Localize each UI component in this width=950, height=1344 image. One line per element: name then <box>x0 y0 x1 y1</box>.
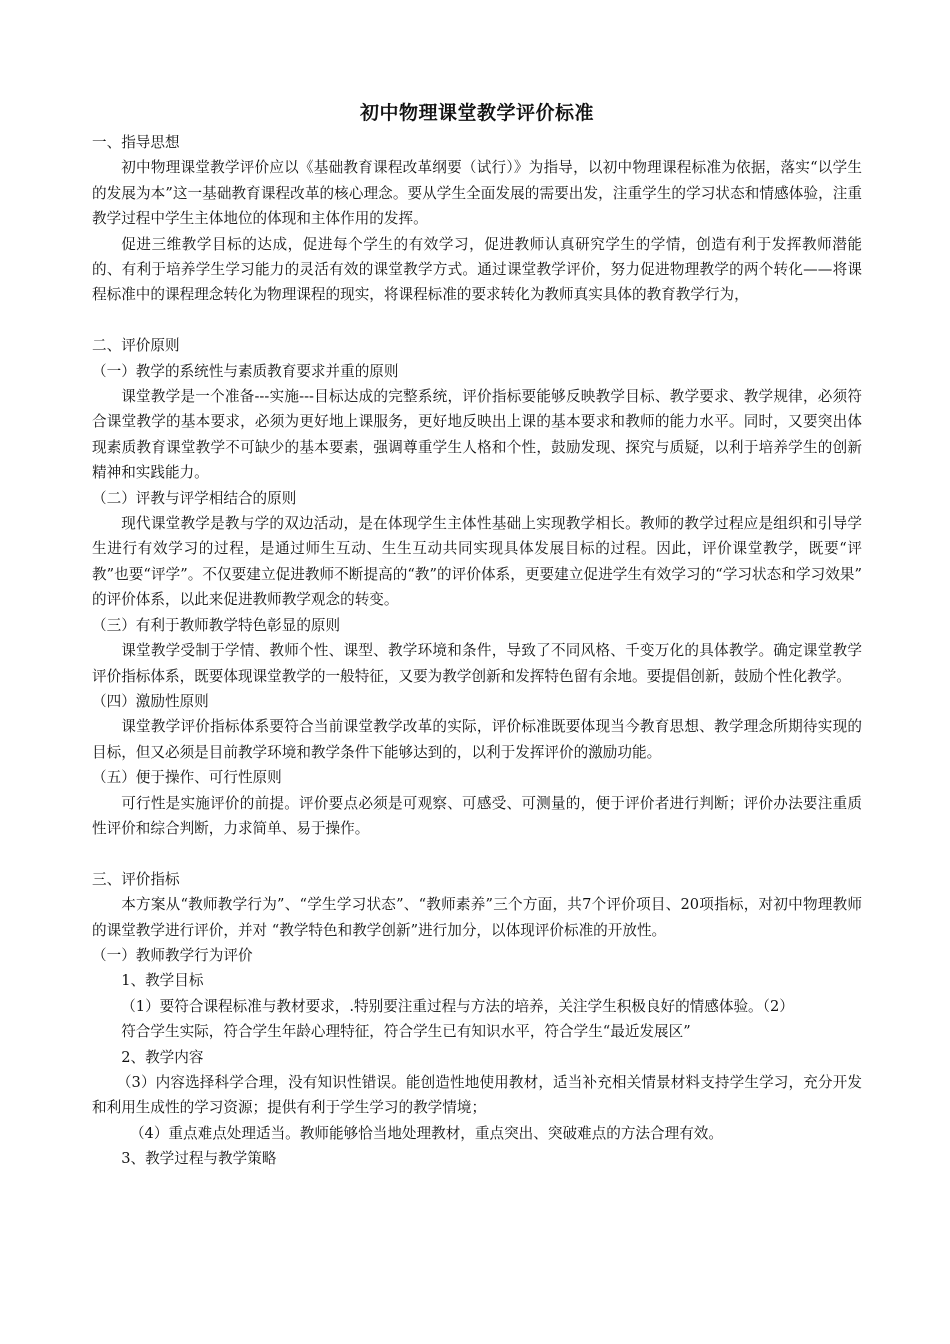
section-heading-guiding-thought: 一、指导思想 <box>92 130 862 155</box>
principle-text: 现代课堂教学是教与学的双边活动，是在体现学生主体性基础上实现教学相长。教师的教学… <box>92 511 862 613</box>
paragraph: 促进三维教学目标的达成，促进每个学生的有效学习，促进教师认真研究学生的学情，创造… <box>92 232 862 308</box>
item-text: 符合学生实际，符合学生年龄心理特征，符合学生已有知识水平，符合学生“最近发展区” <box>92 1019 862 1044</box>
principle-text: 课堂教学受制于学情、教师个性、课型、教学环境和条件，导致了不同风格、千变万化的具… <box>92 638 862 689</box>
principle-text: 课堂教学评价指标体系要符合当前课堂教学改革的实际，评价标准既要体现当今教育思想、… <box>92 714 862 765</box>
section-heading-principles: 二、评价原则 <box>92 333 862 358</box>
subsection-heading: （一）教师教学行为评价 <box>92 943 862 968</box>
principle-heading: （五）便于操作、可行性原则 <box>92 765 862 790</box>
item-heading: 3、教学过程与教学策略 <box>92 1146 862 1171</box>
item-heading: 1、教学目标 <box>92 968 862 993</box>
paragraph: 本方案从“教师教学行为”、“学生学习状态”、“教师素养”三个方面，共7个评价项目… <box>92 892 862 943</box>
item-text: （3）内容选择科学合理，没有知识性错误。能创造性地使用教材，适当补充相关情景材料… <box>92 1070 862 1121</box>
principle-text: 可行性是实施评价的前提。评价要点必须是可观察、可感受、可测量的，便于评价者进行判… <box>92 791 862 842</box>
blank-line <box>92 308 862 333</box>
blank-line <box>92 841 862 866</box>
principle-heading: （二）评教与评学相结合的原则 <box>92 486 862 511</box>
item-text: （4）重点难点处理适当。教师能够恰当地处理教材，重点突出、突破难点的方法合理有效… <box>92 1121 862 1146</box>
principle-heading: （四）激励性原则 <box>92 689 862 714</box>
item-text: （1）要符合课程标准与教材要求，.特别要注重过程与方法的培养，关注学生积极良好的… <box>92 994 862 1019</box>
item-heading: 2、教学内容 <box>92 1045 862 1070</box>
paragraph: 初中物理课堂教学评价应以《基础教育课程改革纲要（试行）》为指导，以初中物理课程标… <box>92 155 862 231</box>
principle-heading: （一）教学的系统性与素质教育要求并重的原则 <box>92 359 862 384</box>
principle-text: 课堂教学是一个准备---实施---目标达成的完整系统，评价指标要能够反映教学目标… <box>92 384 862 486</box>
document-page: 初中物理课堂教学评价标准 一、指导思想 初中物理课堂教学评价应以《基础教育课程改… <box>92 96 862 1172</box>
section-heading-indicators: 三、评价指标 <box>92 867 862 892</box>
principle-heading: （三）有利于教师教学特色彰显的原则 <box>92 613 862 638</box>
document-title: 初中物理课堂教学评价标准 <box>92 96 862 130</box>
